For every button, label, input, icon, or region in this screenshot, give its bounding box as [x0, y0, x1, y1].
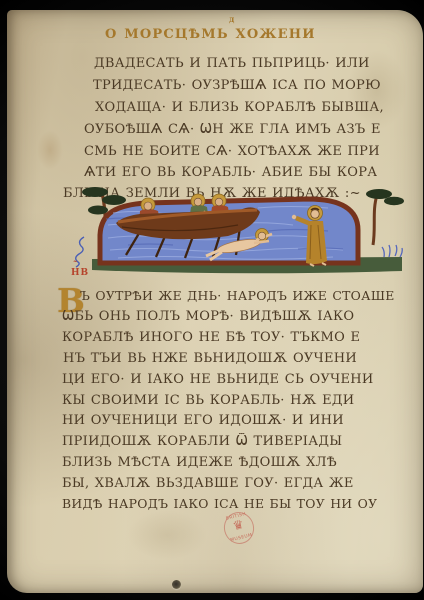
- text-line: ОУБОѢШѦ СѦ· ѠН ЖЕ ГЛА ИМЪ АЗЪ Е: [84, 122, 381, 137]
- chapter-heading: О МОРСЦѢМЬ ХОЖЕНИ: [105, 27, 316, 42]
- text-line: Ъ ОУТРѢИ ЖЕ ДНЬ· НАРОДЪ ИЖЕ СТОАШЕ: [80, 288, 395, 303]
- text-line: ѠБЬ ОНЬ ПОЛЪ МОРѢ· ВИДѢШѪ ІАКО: [62, 309, 354, 324]
- right-tree: [366, 189, 404, 245]
- manuscript-photo: О МОРСЦѢМЬ ХОЖЕНИ д ДВАДЕСАТЬ И ПАТЬ ПЬП…: [0, 0, 424, 600]
- text-line: БЫ, ХВАЛѪ ВЬЗДАВШЕ ГОУ· ЕГДА ЖЕ: [62, 476, 354, 491]
- text-line: ПРІИДОШѪ КОРАБЛИ Ѿ ТИВЕРІАДЫ: [62, 434, 342, 449]
- text-line: ѦТИ ЕГО ВЬ КОРАБЛЬ· АБИЕ БЫ КОРА: [84, 165, 377, 180]
- text-line: НИ ОУЧЕНИЦИ ЕГО ИДОШѪ· И ИНИ: [62, 413, 344, 428]
- parchment-stain: [37, 130, 63, 170]
- text-line: ДВАДЕСАТЬ И ПАТЬ ПЬПРИЦЬ· ИЛИ: [94, 56, 370, 71]
- text-line: СМЬ НЕ БОИТЕ СѦ· ХОТѢАХѪ ЖЕ ПРИ: [84, 144, 380, 159]
- text-line: БЛИЗЬ МѢСТА ИДЕЖЕ ѢДОШѪ ХЛѢ: [62, 455, 337, 470]
- parchment-hole: [172, 580, 181, 589]
- text-line: ВИДѢ НАРОДЪ ІАКО ІСА НЕ БЫ ТОУ НИ ОУ: [62, 496, 377, 511]
- grass-tufts: [382, 245, 402, 257]
- section-number-mark: НВ: [71, 268, 89, 278]
- heading-superscript-letter: д: [229, 14, 234, 24]
- text-line: НЪ ТЪИ ВЬ НЖЕ ВЬНИДОШѪ ОУЧЕНИ: [63, 351, 357, 366]
- miniature-illustration: [68, 183, 408, 283]
- text-line: ХОДАЩА· И БЛИЗЬ КОРАБЛѢ БЫВША,: [95, 100, 384, 115]
- text-line: ЦИ ЕГО· И ІАКО НЕ ВЬНИДЕ СЬ ОУЧЕНИ: [62, 372, 374, 387]
- text-line: ТРИДЕСАТЬ· ОУЗРѢШѦ ІСА ПО МОРЮ: [93, 78, 381, 93]
- text-line: КОРАБЛѢ ИНОГО НЕ БѢ ТОУ· ТЪКМО Е: [62, 330, 360, 345]
- text-line: КЫ СВОИМИ ІС ВЬ КОРАБЛЬ· НѪ ЕДИ: [62, 393, 354, 408]
- miniature-svg: [68, 183, 408, 283]
- parchment-stain: [127, 510, 207, 560]
